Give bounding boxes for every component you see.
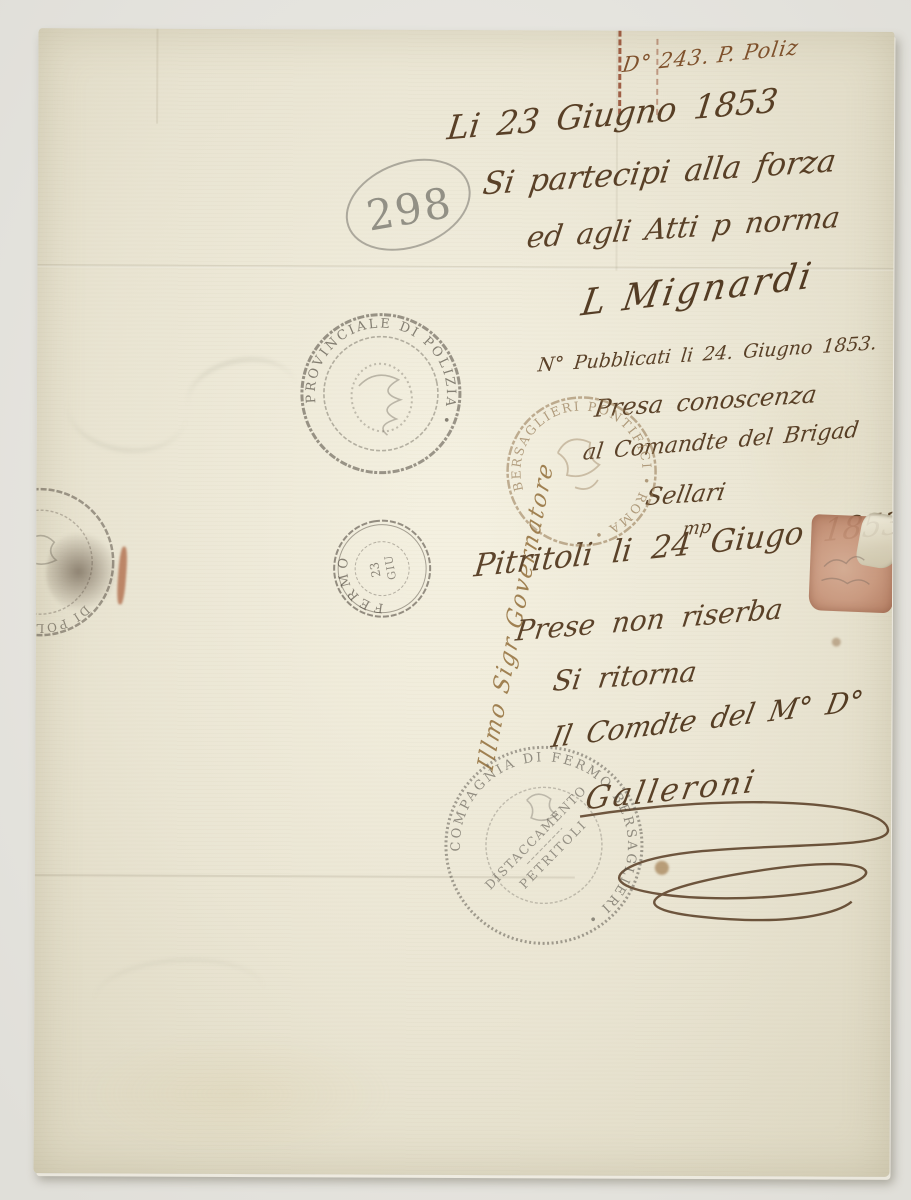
stamp-fermo-datestamp: FERMO 23 GIU [317, 504, 446, 633]
coat-of-arms-blob [345, 358, 418, 437]
stamp-outer-ring [434, 735, 655, 956]
crest-blob [34, 536, 57, 565]
letter-paper: D° 243. P. Poliz Li 23 Giugno 1853 Si pa… [34, 28, 895, 1177]
stamp-inner-ring [34, 510, 93, 614]
stamp-legend-text: BERSAGLIERI PONTIFICI • ROMA • [490, 379, 674, 563]
stain-spot [832, 638, 841, 647]
showthrough-mark [62, 360, 193, 459]
scan-background: D° 243. P. Poliz Li 23 Giugno 1853 Si pa… [0, 0, 911, 1200]
stamp-compagnia: COMPAGNIA DI FERMO BERSAGLIERI • DISTACC… [423, 725, 664, 966]
order-line-1: Si partecipi alla forza [481, 143, 839, 203]
stamp-legend-text: COMPAGNIA DI FERMO BERSAGLIERI • [437, 738, 650, 945]
stamp-town-text: FERMO [332, 547, 386, 622]
stamp-month-text: GIU [382, 554, 399, 581]
coat-of-arms-squiggle [358, 371, 409, 438]
wax-seal [808, 514, 894, 613]
published-line: N° Pubblicati li 24. Giugno 1853. [537, 332, 878, 376]
signature-mignardi: L Mignardi [579, 255, 817, 325]
showthrough-mark [92, 953, 266, 1037]
crest-blob [526, 792, 557, 822]
seal-squiggle [808, 514, 894, 613]
date-line: Li 23 Giugno 1853 [445, 80, 780, 147]
stamp-edge-fragment: DI POL [34, 474, 133, 651]
order-line-2: ed agli Atti p norma [525, 200, 843, 255]
stain-patch [74, 1028, 395, 1159]
seal-impression-marks [821, 555, 870, 584]
crest-blob [555, 434, 605, 494]
docket-note: D° 243. P. Poliz [621, 35, 801, 77]
ritorna-line: Si ritorna [551, 655, 699, 698]
stamp-day-text: 23 [367, 561, 383, 578]
stamp-fragment-text: DI POL [34, 603, 92, 636]
pencil-number: 298 [363, 178, 456, 241]
fold-crease-vertical-left [156, 29, 158, 124]
stamp-inner-ring [479, 780, 610, 911]
stamp-legend-text: PROVINCIALE DI POLIZIA • [290, 302, 466, 456]
showthrough-mark [181, 349, 304, 443]
pencil-circle: 298 [333, 142, 483, 267]
stamp-provinciale: PROVINCIALE DI POLIZIA • [279, 292, 482, 495]
note-line: Prese non riserba [514, 592, 785, 648]
